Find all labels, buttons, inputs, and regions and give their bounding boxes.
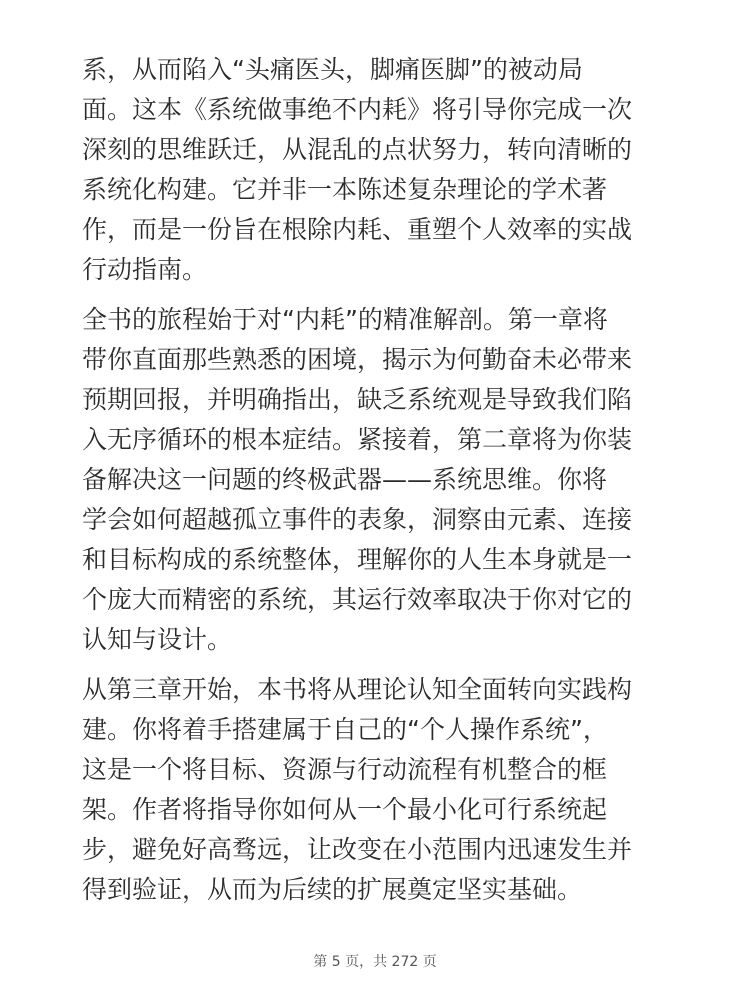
text-line: 和目标构成的系统整体，理解你的人生本身就是一 <box>82 540 682 580</box>
paragraph-3: 从第三章开始，本书将从理论认知全面转向实践构 建。你将着手搭建属于自己的“个人操… <box>82 670 682 910</box>
text-line: 从第三章开始，本书将从理论认知全面转向实践构 <box>82 670 682 710</box>
page-number-footer: 第 5 页，共 272 页 <box>0 952 750 972</box>
text-line: 建。你将着手搭建属于自己的“个人操作系统”， <box>82 710 682 750</box>
text-line: 备解决这一问题的终极武器——系统思维。你将 <box>82 460 682 500</box>
text-line: 深刻的思维跃迁，从混乱的点状努力，转向清晰的 <box>82 130 682 170</box>
text-line: 系统化构建。它并非一本陈述复杂理论的学术著 <box>82 170 682 210</box>
text-line: 学会如何超越孤立事件的表象，洞察由元素、连接 <box>82 500 682 540</box>
text-line: 个庞大而精密的系统，其运行效率取决于你对它的 <box>82 580 682 620</box>
text-line: 全书的旅程始于对“内耗”的精准解剖。第一章将 <box>82 300 682 340</box>
text-line: 带你直面那些熟悉的困境，揭示为何勤奋未必带来 <box>82 340 682 380</box>
text-line: 步，避免好高骛远，让改变在小范围内迅速发生并 <box>82 830 682 870</box>
paragraph-2: 全书的旅程始于对“内耗”的精准解剖。第一章将 带你直面那些熟悉的困境，揭示为何勤… <box>82 300 682 660</box>
text-line: 面。这本《系统做事绝不内耗》将引导你完成一次 <box>82 90 682 130</box>
text-line: 得到验证，从而为后续的扩展奠定坚实基础。 <box>82 870 682 910</box>
paragraph-1: 系，从而陷入“头痛医头，脚痛医脚”的被动局 面。这本《系统做事绝不内耗》将引导你… <box>82 50 682 290</box>
text-line: 这是一个将目标、资源与行动流程有机整合的框 <box>82 750 682 790</box>
document-page: 系，从而陷入“头痛医头，脚痛医脚”的被动局 面。这本《系统做事绝不内耗》将引导你… <box>0 0 750 1000</box>
text-line: 系，从而陷入“头痛医头，脚痛医脚”的被动局 <box>82 50 682 90</box>
text-line: 入无序循环的根本症结。紧接着，第二章将为你装 <box>82 420 682 460</box>
text-line: 架。作者将指导你如何从一个最小化可行系统起 <box>82 790 682 830</box>
text-line: 行动指南。 <box>82 250 682 290</box>
page-body: 系，从而陷入“头痛医头，脚痛医脚”的被动局 面。这本《系统做事绝不内耗》将引导你… <box>82 50 682 920</box>
text-line: 作，而是一份旨在根除内耗、重塑个人效率的实战 <box>82 210 682 250</box>
text-line: 认知与设计。 <box>82 620 682 660</box>
text-line: 预期回报，并明确指出，缺乏系统观是导致我们陷 <box>82 380 682 420</box>
